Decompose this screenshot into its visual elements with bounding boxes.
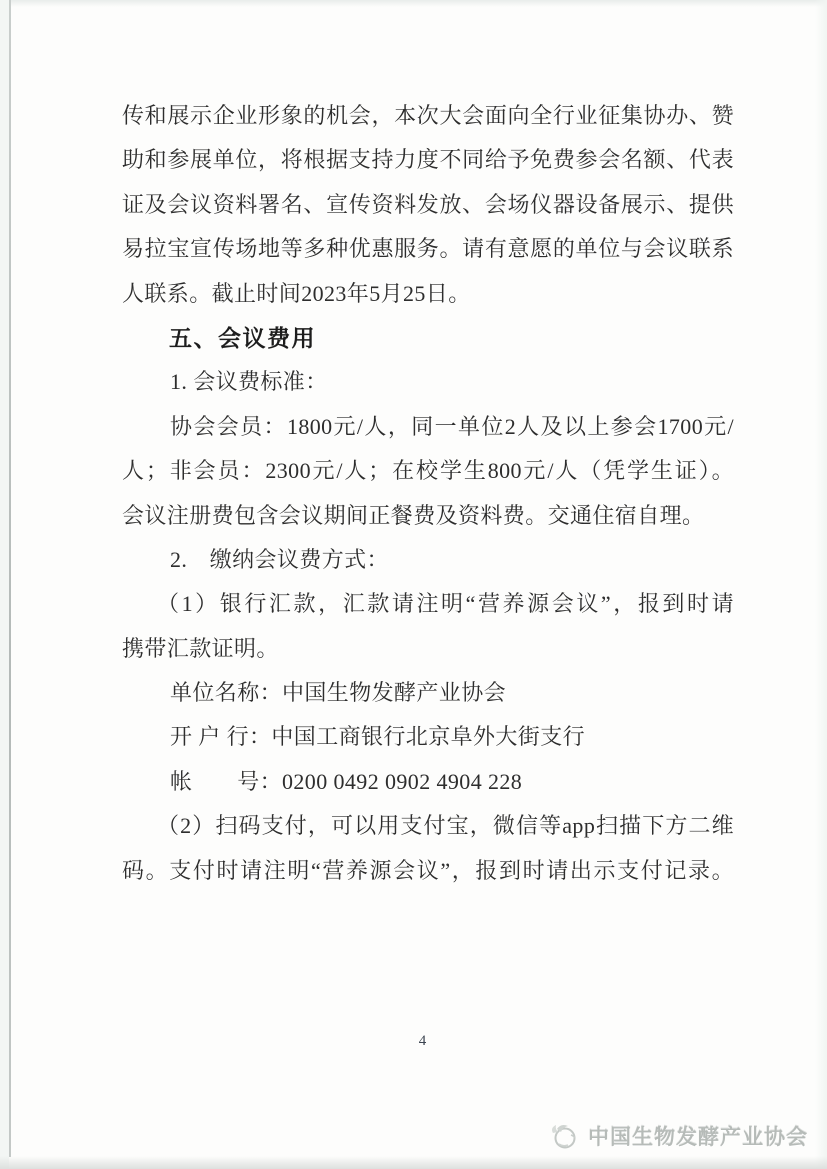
text-line-qr-payment: （2）扫码支付，可以用支付宝，微信等app扫描下方二维 [122, 804, 734, 848]
text-line: 易拉宝宣传场地等多种优惠服务。请有意愿的单位与会议联系 [122, 227, 734, 271]
text-line-account-number: 帐 号：0200 0492 0902 4904 228 [122, 760, 734, 804]
text-line-bank-branch: 开 户 行：中国工商银行北京阜外大街支行 [122, 715, 734, 759]
page-number: 4 [0, 1033, 827, 1050]
footer-watermark: 中国生物发酵产业协会 [547, 1116, 808, 1156]
page-left-edge [0, 0, 9, 1169]
text-line-fee-standard: 1. 会议费标准： [122, 360, 734, 404]
text-line: 助和参展单位，将根据支持力度不同给予免费参会名额、代表 [122, 138, 734, 182]
text-line: 协会会员：1800元/人，同一单位2人及以上参会1700元/ [122, 405, 734, 449]
page-top-edge [0, 0, 827, 7]
text-line-account-name: 单位名称：中国生物发酵产业协会 [122, 671, 734, 715]
text-line: 码。支付时请注明“营养源会议”，报到时请出示支付记录。 [122, 849, 734, 893]
page-bottom-edge [0, 1156, 827, 1169]
association-emblem-icon [547, 1119, 581, 1153]
text-line: 携带汇款证明。 [122, 627, 734, 671]
text-line: 证及会议资料署名、宣传资料发放、会场仪器设备展示、提供 [122, 183, 734, 227]
text-line: 人联系。截止时间2023年5月25日。 [122, 272, 734, 316]
text-line: 人；非会员：2300元/人；在校学生800元/人（凭学生证）。 [122, 449, 734, 493]
scan-fold-line [9, 0, 11, 1157]
page-right-edge [815, 0, 827, 1169]
text-line-payment-methods: 2. 缴纳会议费方式： [122, 538, 734, 582]
footer-org-name: 中国生物发酵产业协会 [588, 1121, 808, 1151]
text-line: 传和展示企业形象的机会，本次大会面向全行业征集协办、赞 [122, 94, 734, 138]
document-body: 传和展示企业形象的机会，本次大会面向全行业征集协办、赞 助和参展单位，将根据支持… [122, 94, 734, 893]
section-heading-fees: 五、会议费用 [122, 316, 734, 360]
text-line: 会议注册费包含会议期间正餐费及资料费。交通住宿自理。 [122, 494, 734, 538]
text-line-bank-transfer: （1）银行汇款，汇款请注明“营养源会议”，报到时请 [122, 582, 734, 626]
scanned-document-page: 传和展示企业形象的机会，本次大会面向全行业征集协办、赞 助和参展单位，将根据支持… [0, 0, 827, 1169]
